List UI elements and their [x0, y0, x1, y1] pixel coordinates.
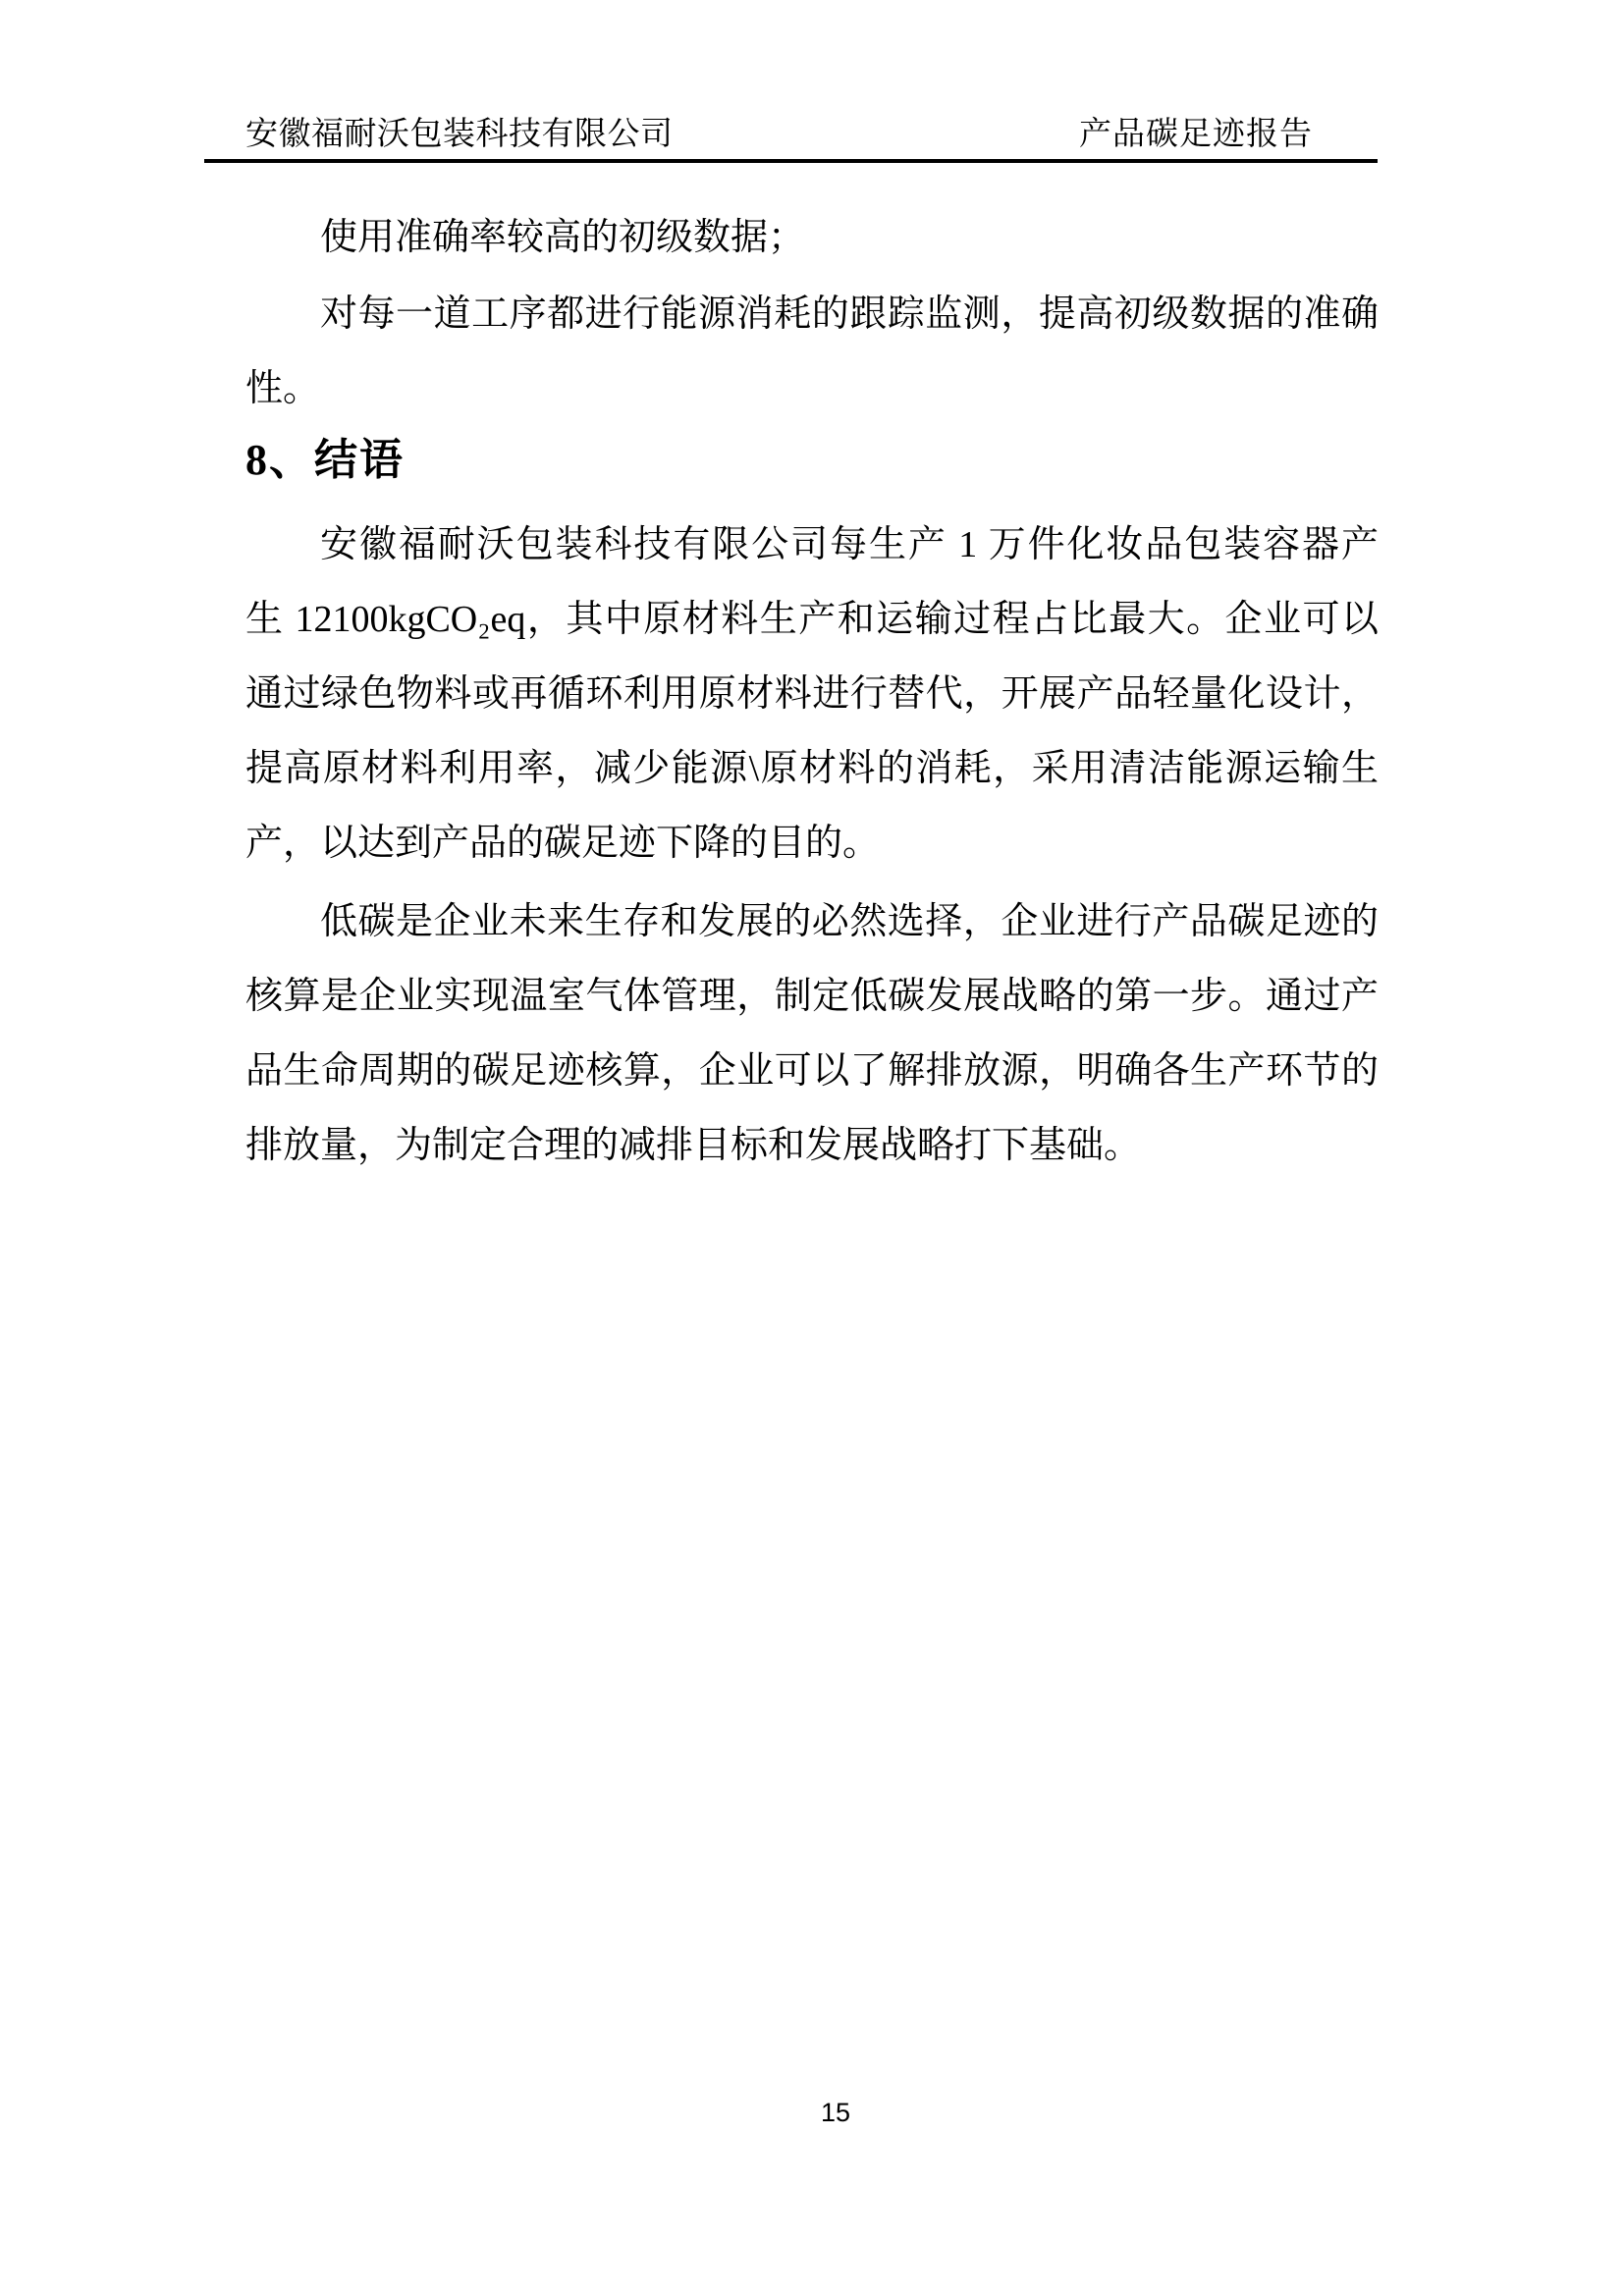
paragraph-body-1: 安徽福耐沃包装科技有限公司每生产 1 万件化妆品包装容器产 生 12100kgC… [245, 507, 1379, 881]
page-number: 15 [24, 2096, 1624, 2129]
paragraph-body-2: 低碳是企业未来生存和发展的必然选择，企业进行产品碳足迹的 核算是企业实现温室气体… [245, 884, 1379, 1183]
paragraph-intro-2: 对每一道工序都进行能源消耗的跟踪监测，提高初级数据的准确 性。 [245, 277, 1379, 426]
header-report-title: 产品碳足迹报告 [1079, 115, 1313, 154]
section-heading: 8、结语 [245, 431, 1379, 490]
paragraph-line: 通过绿色物料或再循环利用原材料进行替代，开展产品轻量化设计， [245, 657, 1379, 731]
paragraph-line: 性。 [245, 351, 1379, 426]
paragraph-line: 品生命周期的碳足迹核算，企业可以了解排放源，明确各生产环节的 [245, 1034, 1379, 1108]
paragraph-line: 提高原材料利用率，减少能源\原材料的消耗，采用清洁能源运输生 [245, 731, 1379, 806]
paragraph-line: 使用准确率较高的初级数据； [245, 200, 1379, 275]
header-rule [204, 159, 1378, 163]
paragraph-line: 核算是企业实现温室气体管理，制定低碳发展战略的第一步。通过产 [245, 959, 1379, 1034]
paragraph-line: 低碳是企业未来生存和发展的必然选择，企业进行产品碳足迹的 [245, 884, 1379, 959]
paragraph-line: 排放量，为制定合理的减排目标和发展战略打下基础。 [245, 1108, 1379, 1183]
paragraph-line: 产，以达到产品的碳足迹下降的目的。 [245, 806, 1379, 881]
paragraph-line: 对每一道工序都进行能源消耗的跟踪监测，提高初级数据的准确 [245, 277, 1379, 351]
paragraph-line: 生 12100kgCO₂eq，其中原材料生产和运输过程占比最大。企业可以 [245, 582, 1379, 657]
paragraph-line: 安徽福耐沃包装科技有限公司每生产 1 万件化妆品包装容器产 [245, 507, 1379, 582]
paragraph-intro-1: 使用准确率较高的初级数据； [245, 200, 1379, 275]
document-page: 安徽福耐沃包装科技有限公司 产品碳足迹报告 使用准确率较高的初级数据； 对每一道… [0, 0, 1624, 2296]
header-company-name: 安徽福耐沃包装科技有限公司 [245, 115, 674, 154]
